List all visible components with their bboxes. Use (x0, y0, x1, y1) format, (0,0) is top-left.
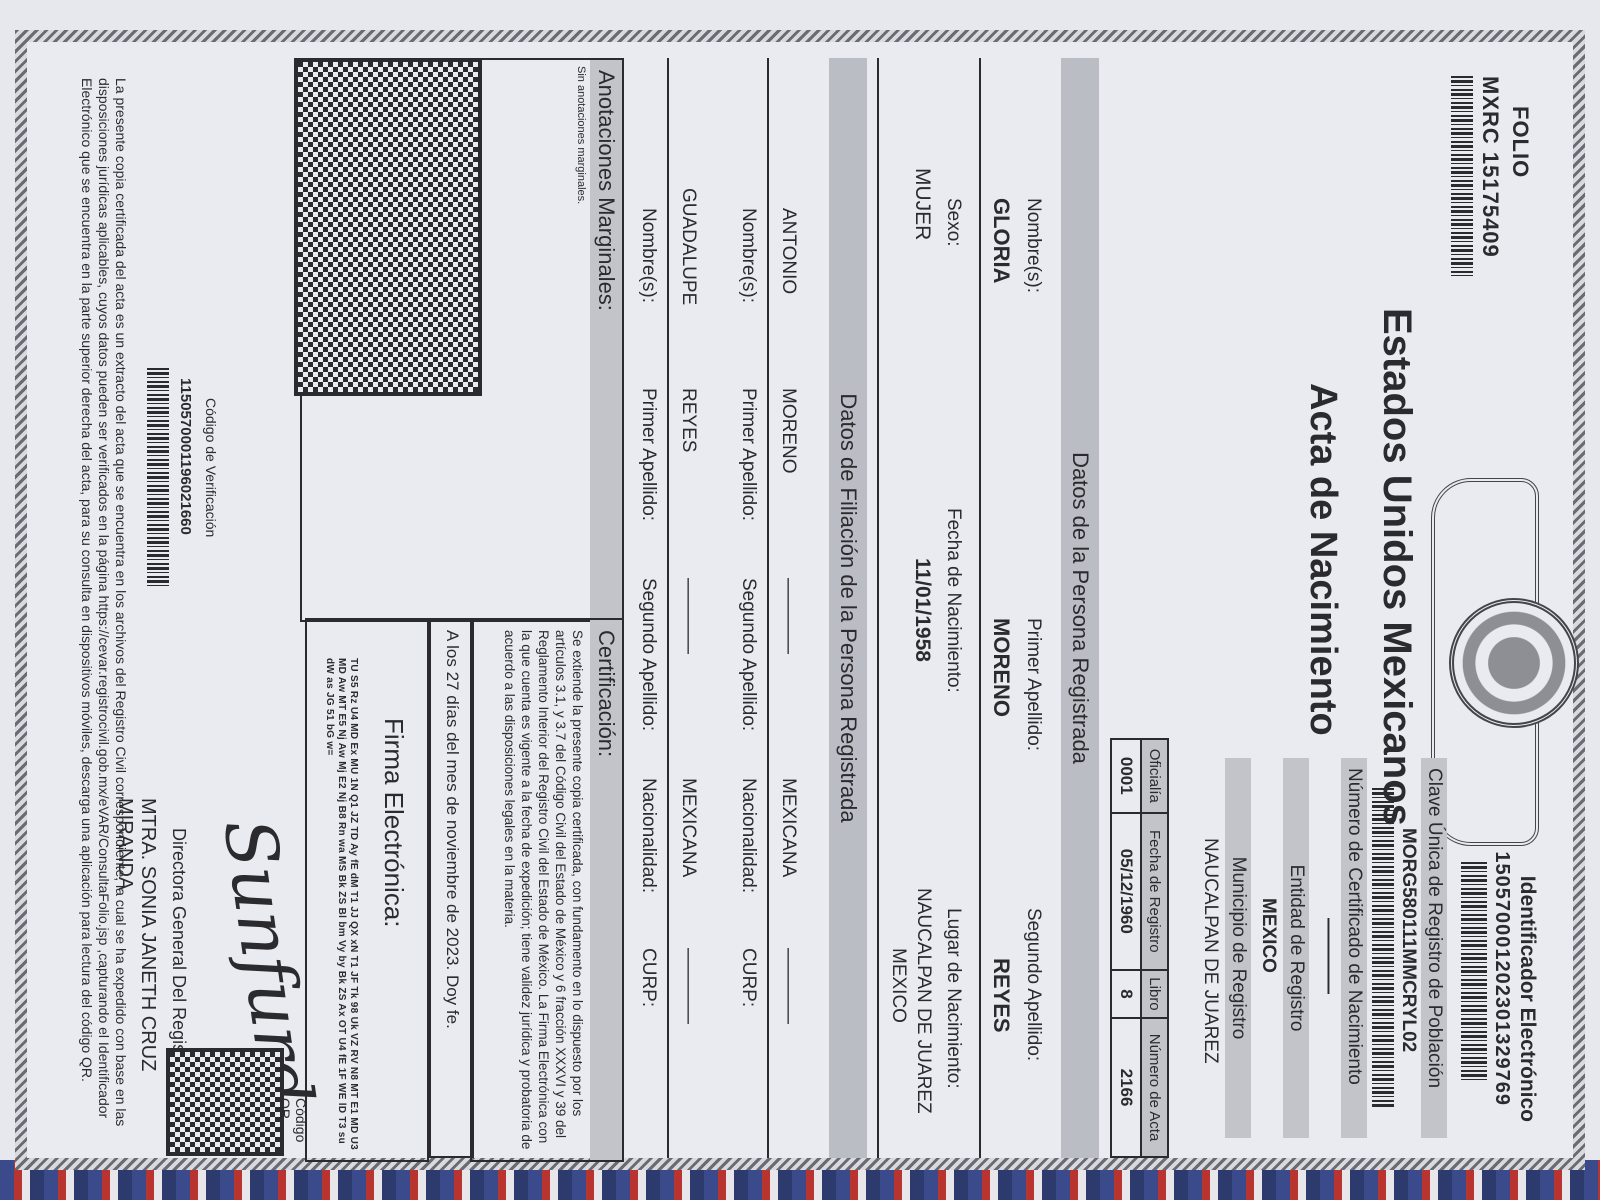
value-oficialia: 0001 (1111, 739, 1141, 813)
certification-text: Se extiende la presente copia certificad… (497, 620, 590, 1160)
municipality-label: Municipio de Registro (1225, 758, 1251, 1138)
registry-table: Oficialía Fecha de Registro Libro Número… (1110, 738, 1169, 1158)
sexo-label: Sexo: (942, 198, 964, 247)
parent2-curp: ———— (677, 948, 699, 1024)
segundo-apellido-value: REYES (988, 958, 1014, 1033)
parent1-nacionalidad: MEXICANA (777, 778, 799, 877)
state-value: MEXICO (1257, 898, 1279, 973)
parent1-primer-label: Primer Apellido: (737, 388, 759, 521)
municipality-value: NAUCALPAN DE JUAREZ (1199, 838, 1221, 1064)
curp-barcode (1372, 788, 1394, 1108)
curp-label: Clave Única de Registro de Población (1421, 758, 1447, 1138)
qr-code-large (294, 58, 482, 396)
verification-label: Código de Verificación (203, 398, 219, 537)
national-seal-icon (1449, 598, 1579, 728)
header-oficialia: Oficialía (1141, 739, 1168, 813)
parent2-segundo-label: Segundo Apellido: (637, 578, 659, 731)
lugar-nacimiento-value: NAUCALPAN DE JUAREZ (912, 888, 934, 1114)
header-numero-acta: Número de Acta (1141, 1018, 1168, 1157)
parent2-nacionalidad: MEXICANA (677, 778, 699, 877)
sexo-value: MUJER (910, 168, 934, 240)
divider (979, 58, 981, 1158)
divider (667, 58, 669, 1158)
fecha-nacimiento-label: Fecha de Nacimiento: (942, 508, 964, 693)
certification-date: A los 27 días del mes de noviembre de 20… (429, 618, 474, 1158)
value-numero-acta: 2166 (1111, 1018, 1141, 1157)
divider (877, 58, 879, 1158)
registered-person-section-title: Datos de la Persona Registrada (1061, 58, 1099, 1158)
parent1-curp: ———— (777, 948, 799, 1024)
parent2-curp-label: CURP: (637, 948, 659, 1007)
parent1-primer-apellido: MORENO (777, 388, 799, 474)
certification-title: Certificación: (590, 620, 622, 1160)
birth-cert-value: ———— (1317, 918, 1339, 994)
parent1-nacionalidad-label: Nacionalidad: (737, 778, 759, 893)
birth-cert-label: Número de Certificado de Nacimiento (1341, 758, 1367, 1138)
value-fecha-registro: 05/12/1960 (1111, 813, 1141, 970)
country-title: Estados Unidos Mexicanos (1374, 308, 1419, 826)
nombre-value: GLORIA (988, 198, 1014, 284)
parent1-nombre: ANTONIO (777, 208, 799, 294)
parent2-nacionalidad-label: Nacionalidad: (637, 778, 659, 893)
parent2-nombre: GUADALUPE (677, 188, 699, 305)
annotations-text: Sin anotaciones marginales. (572, 60, 590, 620)
signature-hash: TU S5 Rz U4 MD Ex MU 1N Q1 JZ TD Ay fE d… (323, 658, 359, 1158)
lugar-nacimiento-state: MEXICO (887, 948, 909, 1023)
folio-label: FOLIO (1507, 106, 1533, 178)
parent1-segundo-label: Segundo Apellido: (737, 578, 759, 731)
state-label: Entidad de Registro (1283, 758, 1309, 1138)
document-title: Acta de Nacimiento (1301, 383, 1344, 736)
annotations-box: Anotaciones Marginales: Sin anotaciones … (300, 58, 624, 622)
parent2-segundo-apellido: ———— (677, 578, 699, 654)
header-fecha-registro: Fecha de Registro (1141, 813, 1168, 970)
folio-barcode (1451, 76, 1473, 276)
lugar-nacimiento-label: Lugar de Nacimiento: (942, 908, 964, 1089)
segundo-apellido-label: Segundo Apellido: (1022, 908, 1044, 1061)
parent1-curp-label: CURP: (737, 948, 759, 1007)
verification-barcode (147, 368, 169, 588)
curp-value: MORG580111MMCRYL02 (1397, 828, 1419, 1052)
annotations-title: Anotaciones Marginales: (590, 60, 622, 620)
identifier-value: 150570001202301329769 (1490, 851, 1513, 1106)
header-libro: Libro (1141, 970, 1168, 1018)
parent2-primer-apellido: REYES (677, 388, 699, 452)
parent1-nombre-label: Nombre(s): (737, 208, 759, 303)
certification-box: Certificación: Se extiende la presente c… (470, 618, 624, 1162)
fecha-nacimiento-value: 11/01/1958 (910, 558, 934, 662)
filiation-section-title: Datos de Filiación de la Persona Registr… (829, 58, 867, 1158)
parent2-nombre-label: Nombre(s): (637, 208, 659, 303)
primer-apellido-value: MORENO (988, 618, 1014, 717)
nombre-label: Nombre(s): (1022, 198, 1044, 293)
qr-code-small (166, 1048, 284, 1156)
value-libro: 8 (1111, 970, 1141, 1018)
birth-certificate-document: FOLIO MXRC 15175409 Identificador Electr… (15, 30, 1585, 1170)
parent2-primer-label: Primer Apellido: (637, 388, 659, 521)
identifier-label: Identificador Electrónico (1515, 876, 1539, 1122)
primer-apellido-label: Primer Apellido: (1022, 618, 1044, 751)
verification-code: 115057000119602166​0 (177, 378, 194, 535)
divider (767, 58, 769, 1158)
footer-disclaimer: La presente copia certificada del acta e… (78, 78, 129, 1138)
signature-label: Firma Electrónica: (378, 718, 409, 928)
folio-number: MXRC 15175409 (1477, 76, 1503, 258)
identifier-barcode (1461, 862, 1487, 1082)
parent1-segundo-apellido: ———— (777, 578, 799, 654)
